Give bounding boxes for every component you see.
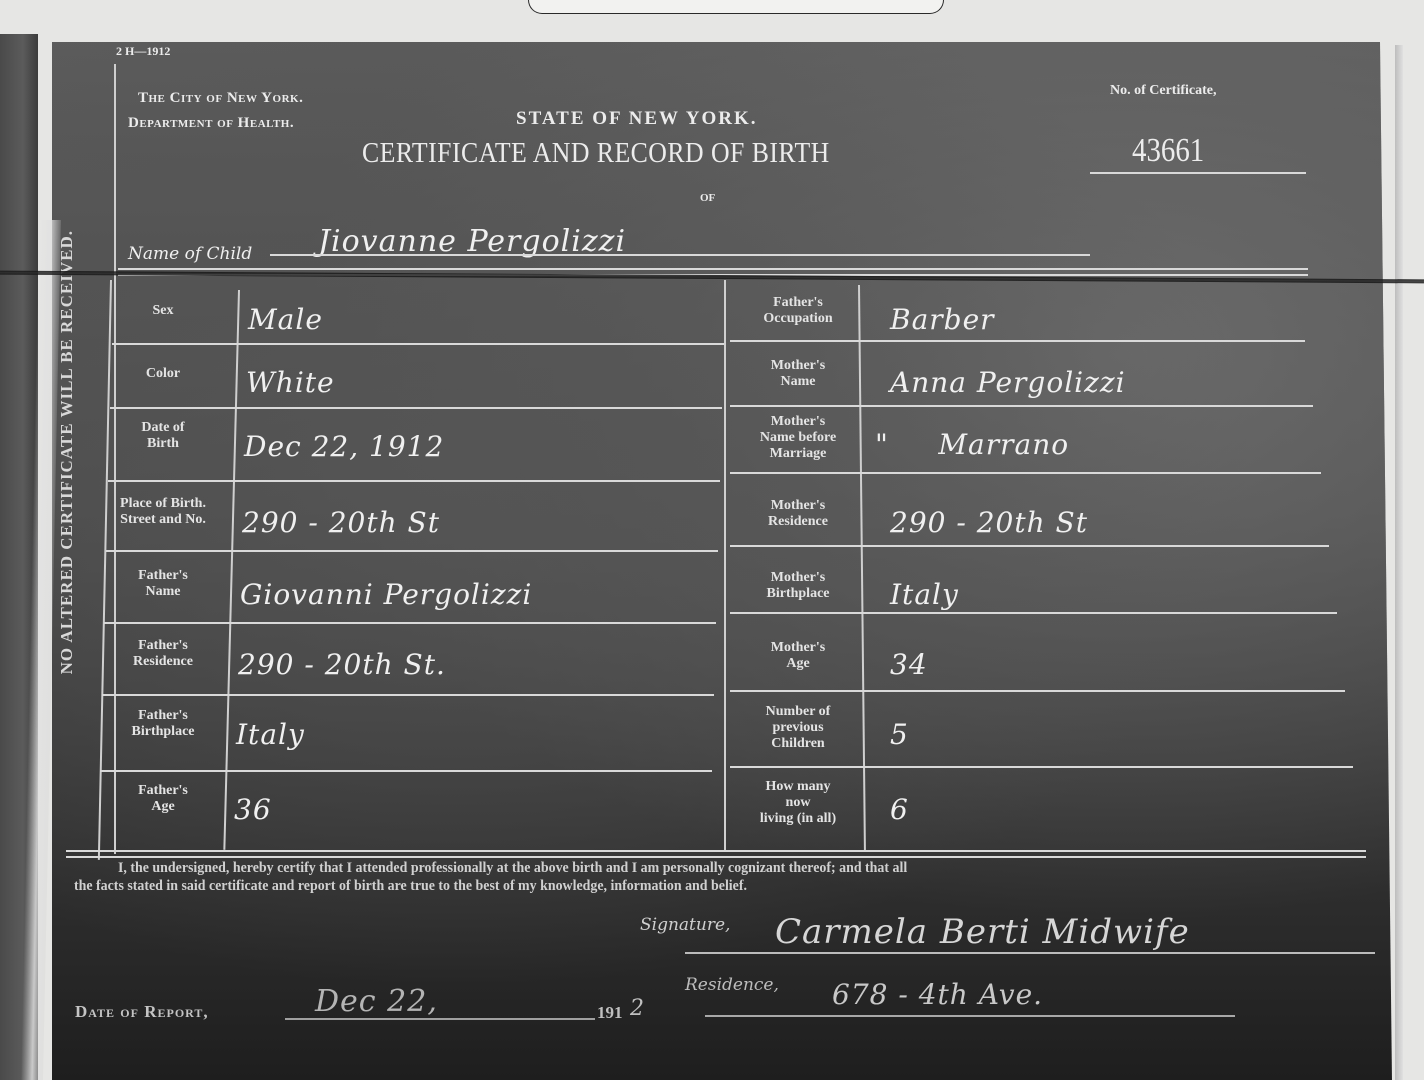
field-value-fathers-name: Giovanni Pergolizzi	[240, 578, 532, 611]
row-divider-left	[104, 622, 716, 624]
field-value-fathers-occupation: Barber	[890, 303, 995, 336]
field-value-fathers-birthplace: Italy	[236, 718, 305, 751]
row-divider-right	[730, 766, 1353, 768]
child-name-underline	[270, 254, 1090, 256]
field-value-mothers-name: Anna Pergolizzi	[890, 366, 1126, 399]
field-label-fathers-occupation: Father's Occupation	[728, 295, 868, 327]
divider-bottom-1	[66, 850, 1366, 852]
certificate-number: 43661	[1132, 132, 1204, 170]
field-label-previous-children: Number of previous Children	[728, 704, 868, 752]
divider-bottom-2	[66, 856, 1366, 858]
field-label-fathers-residence: Father's Residence	[88, 638, 238, 670]
date-of-report-value: Dec 22,	[315, 984, 438, 1019]
field-label-place-of-birth: Place of Birth. Street and No.	[88, 496, 238, 528]
certification-line-2: the facts stated in said certificate and…	[74, 878, 747, 895]
certificate-number-underline	[1090, 172, 1306, 174]
field-label-children-living: How many now living (in all)	[728, 779, 868, 827]
row-divider-left	[102, 694, 714, 696]
field-value-fathers-residence: 290 - 20th St.	[238, 648, 446, 681]
row-divider-left	[110, 407, 722, 409]
date-of-report-year-suffix: 2	[630, 996, 645, 1021]
row-divider-left	[100, 770, 712, 772]
row-divider-right	[730, 545, 1329, 547]
field-value-children-living: 6	[890, 793, 909, 826]
grid-center-divider	[724, 280, 726, 850]
row-divider-left	[112, 343, 724, 345]
field-label-fathers-birthplace: Father's Birthplace	[88, 708, 238, 740]
field-label-mothers-age: Mother's Age	[728, 640, 868, 672]
field-value-previous-children: 5	[890, 718, 909, 751]
date-of-report-year-prefix: 191	[597, 1003, 623, 1023]
field-label-mothers-maiden-name: Mother's Name before Marriage	[728, 414, 868, 462]
row-divider-right	[730, 472, 1321, 474]
row-divider-left	[108, 480, 720, 482]
city-heading: The City of New York.	[138, 90, 303, 107]
signature-underline	[685, 952, 1375, 954]
field-value-date-of-birth: Dec 22, 1912	[244, 430, 444, 463]
row-divider-left	[106, 550, 718, 552]
field-value-mothers-birthplace: Italy	[890, 578, 959, 611]
signature-label: Signature,	[640, 915, 730, 935]
certificate-number-label: No. of Certificate,	[1110, 83, 1217, 99]
residence-label: Residence,	[685, 975, 779, 995]
row-divider-right	[730, 612, 1337, 614]
field-label-mothers-birthplace: Mother's Birthplace	[728, 570, 868, 602]
child-name-label: Name of Child	[128, 244, 252, 264]
field-label-mothers-name: Mother's Name	[728, 358, 868, 390]
signature-value: Carmela Berti Midwife	[775, 912, 1190, 952]
date-of-report-label: Date of Report,	[75, 1002, 209, 1022]
field-value-place-of-birth: 290 - 20th St	[242, 506, 440, 539]
field-label-date-of-birth: Date of Birth	[88, 420, 238, 452]
of-text: OF	[700, 192, 715, 204]
field-value-fathers-age: 36	[234, 793, 272, 826]
residence-value: 678 - 4th Ave.	[832, 978, 1043, 1011]
field-value-mothers-residence: 290 - 20th St	[890, 506, 1088, 539]
form-code: 2 H—1912	[116, 44, 170, 59]
department-heading: Department of Health.	[128, 115, 294, 132]
field-label-fathers-age: Father's Age	[88, 783, 238, 815]
side-notice: NO ALTERED CERTIFICATE WILL BE RECEIVED.	[57, 230, 77, 880]
paper-tab-outline	[528, 0, 944, 14]
state-heading: STATE OF NEW YORK.	[516, 108, 758, 130]
field-label-fathers-name: Father's Name	[88, 568, 238, 600]
row-divider-right	[730, 690, 1345, 692]
field-value-mothers-maiden-name: " Marrano	[875, 428, 1069, 461]
row-divider-right	[730, 340, 1305, 342]
row-divider-right	[730, 405, 1313, 407]
certification-line-1: I, the undersigned, hereby certify that …	[118, 860, 907, 877]
field-label-mothers-residence: Mother's Residence	[728, 498, 868, 530]
field-value-mothers-age: 34	[890, 648, 928, 681]
residence-underline	[705, 1015, 1235, 1017]
field-value-color: White	[246, 366, 335, 399]
field-label-sex: Sex	[88, 303, 238, 319]
divider-top-1	[118, 268, 1308, 270]
field-value-sex: Male	[248, 303, 323, 336]
page-edge	[1395, 45, 1403, 1080]
field-label-color: Color	[88, 366, 238, 382]
date-of-report-underline	[285, 1018, 595, 1020]
certificate-title: CERTIFICATE AND RECORD OF BIRTH	[362, 138, 830, 170]
